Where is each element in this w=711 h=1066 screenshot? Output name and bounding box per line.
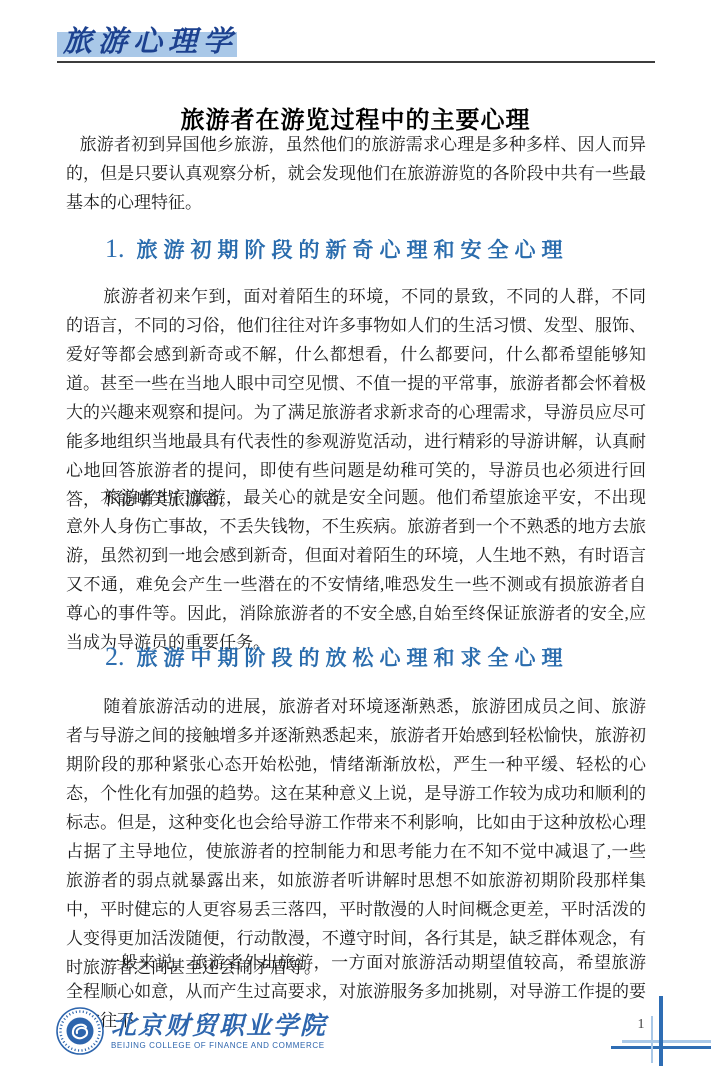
college-logo-text: 北京财贸职业学院 BEIJING COLLEGE OF FINANCE AND … — [111, 1011, 327, 1051]
decor-light-horizontal-line — [622, 1040, 711, 1043]
college-emblem-icon — [55, 1006, 105, 1056]
book-title-calligraphy: 旅游心理学 — [63, 19, 238, 60]
header-divider-line — [57, 61, 655, 63]
section-2-title: 旅游中期阶段的放松心理和求全心理 — [137, 642, 569, 672]
college-name: 北京财贸职业学院 — [111, 1011, 327, 1041]
section-2-number: 2. — [105, 642, 125, 672]
section-1-paragraph-1: 旅游者初来乍到，面对着陌生的环境，不同的景致，不同的人群，不同的语言，不同的习俗… — [66, 282, 646, 514]
decor-light-vertical-line — [651, 1016, 653, 1063]
college-name-english: BEIJING COLLEGE OF FINANCE AND COMMERCE — [111, 1041, 327, 1051]
section-1-title: 旅游初期阶段的新奇心理和安全心理 — [137, 234, 569, 264]
section-1-heading: 1.旅游初期阶段的新奇心理和安全心理 — [66, 234, 666, 264]
section-2-paragraph-1: 随着旅游活动的进展，旅游者对环境逐渐熟悉，旅游团成员之间、旅游者与导游之间的接触… — [66, 692, 646, 982]
page-number: 1 — [634, 1017, 648, 1033]
decor-dark-vertical-line — [659, 996, 663, 1066]
section-2-heading: 2.旅游中期阶段的放松心理和求全心理 — [66, 642, 666, 672]
header-band: 旅游心理学 — [57, 32, 237, 57]
document-page: 旅游心理学 旅游者在游览过程中的主要心理 旅游者初到异国他乡旅游，虽然他们的旅游… — [0, 0, 711, 1066]
section-1-paragraph-2: 旅游者出门旅游，最关心的就是安全问题。他们希望旅途平安，不出现意外人身伤亡事故，… — [66, 483, 646, 657]
section-1-number: 1. — [105, 234, 125, 264]
college-logo: 北京财贸职业学院 BEIJING COLLEGE OF FINANCE AND … — [55, 1005, 327, 1057]
intro-paragraph: 旅游者初到异国他乡旅游，虽然他们的旅游需求心理是多种多样、因人而异的，但是只要认… — [66, 130, 646, 217]
